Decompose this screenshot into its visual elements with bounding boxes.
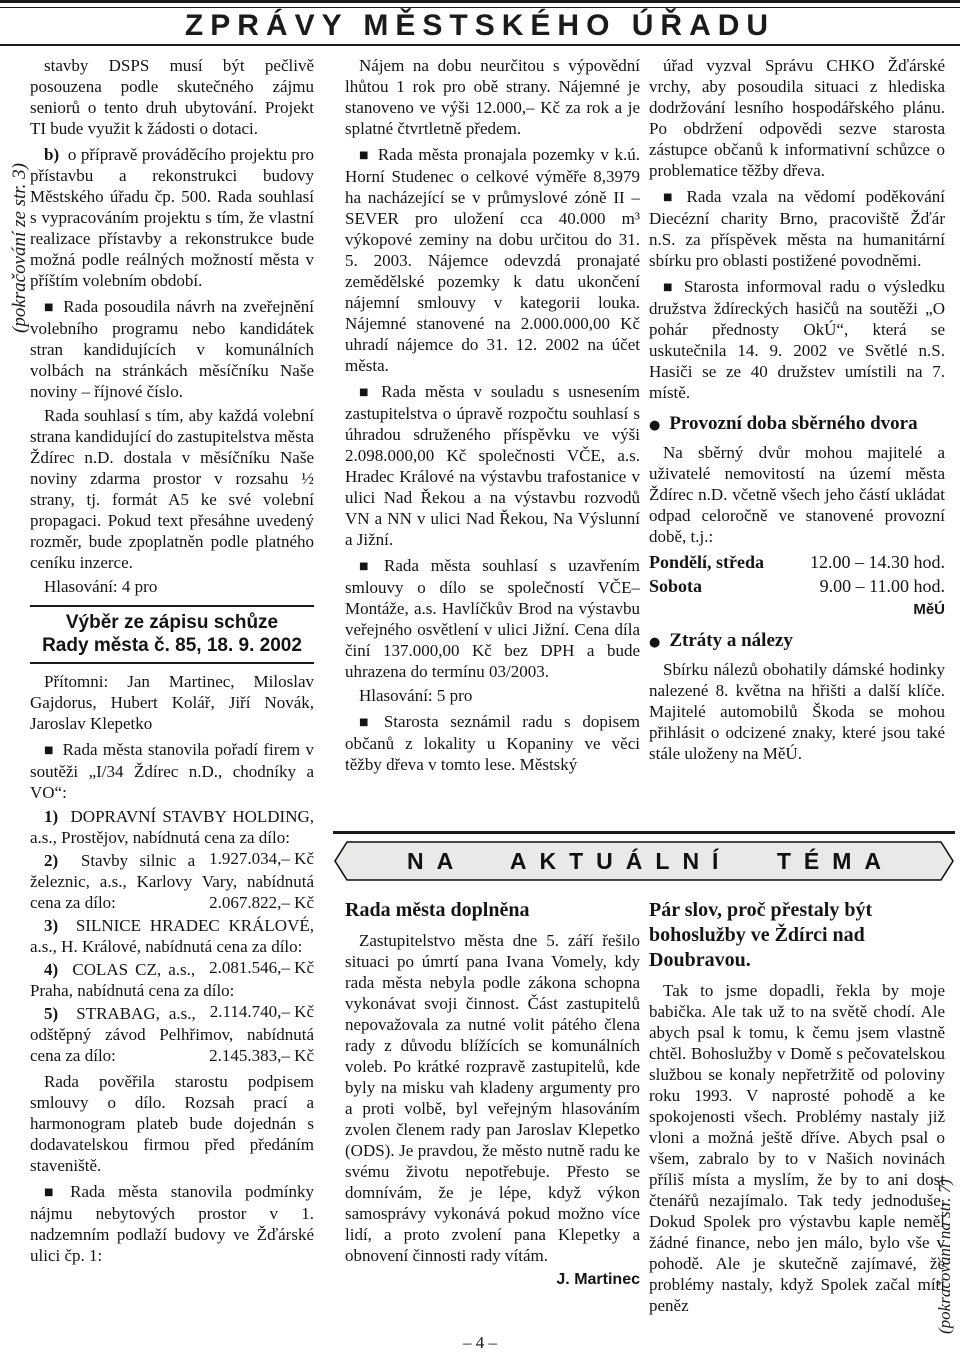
topic-banner: NA AKTUÁLNÍ TÉMA <box>333 841 955 881</box>
article-heading: Rada města doplněna <box>345 898 640 923</box>
paragraph: Sbírku nálezů obohatily dámské hodinky n… <box>649 659 945 764</box>
paragraph-text: Tak to jsme dopadli, řekla by moje babič… <box>649 981 945 1315</box>
paragraph-text: Na sběrný dvůr mohou majitelé a uživatel… <box>649 443 945 546</box>
item-number: 1) <box>44 807 58 826</box>
section-heading-line1: Výběr ze zápisu schůze <box>30 611 314 634</box>
attendees: Přítomni: Jan Martinec, Miloslav Gajdoru… <box>30 671 314 734</box>
square-bullet-icon: ■ <box>663 282 676 293</box>
notice-heading: ●Provozní doba sběrného dvora <box>649 412 945 437</box>
page-content: stavby DSPS musí být pečlivě posouzena p… <box>0 55 960 1361</box>
paragraph-text: Rada souhlasí s tím, aby každá volební s… <box>30 406 314 572</box>
paragraph-text: Rada města pronajala pozemky v k.ú. Horn… <box>345 145 640 375</box>
column-right-top: úřad vyzval Správu CHKO Žďárské vrchy, a… <box>649 55 945 827</box>
square-bullet-icon: ■ <box>359 150 370 161</box>
tender-item: 3) SILNICE HRADEC KRÁLOVÉ, a.s., H. Král… <box>30 915 314 957</box>
item-price: 1.927.034,– Kč <box>195 848 314 869</box>
opening-hours-row: Pondělí, středa 12.00 – 14.30 hod. <box>649 550 945 574</box>
banner-top-rule <box>333 831 955 834</box>
paragraph-text: Rada pověřila starostu podpisem smlouvy … <box>30 1072 314 1175</box>
notice-heading: ●Ztráty a nálezy <box>649 629 945 654</box>
item-price: 2.067.822,– Kč <box>195 892 314 913</box>
paragraph-text: Rada posoudila návrh na zveřejnění voleb… <box>30 297 314 401</box>
item-number: 5) <box>44 1004 58 1023</box>
item-number: 2) <box>44 851 58 870</box>
paragraph: úřad vyzval Správu CHKO Žďárské vrchy, a… <box>649 55 945 181</box>
paragraph-text: stavby DSPS musí být pečlivě posouzena p… <box>30 56 314 138</box>
paragraph-text: úřad vyzval Správu CHKO Žďárské vrchy, a… <box>649 56 945 180</box>
column-middle-top: Nájem na dobu neurčitou s výpovědní lhůt… <box>345 55 640 827</box>
article-heading: Pár slov, proč přestaly být bohoslužby v… <box>649 898 945 973</box>
paragraph: Rada pověřila starostu podpisem smlouvy … <box>30 1071 314 1176</box>
notice-heading-text: Ztráty a nálezy <box>669 630 792 651</box>
section-heading-line2: Rady města č. 85, 18. 9. 2002 <box>30 634 314 657</box>
header-rule-thick <box>0 0 960 3</box>
council-item: ■Rada města v souladu s usnesením zastup… <box>345 381 640 550</box>
hours-time: 12.00 – 14.30 hod. <box>810 550 945 574</box>
hours-day: Pondělí, středa <box>649 550 764 574</box>
page-title: ZPRÁVY MĚSTSKÉHO ÚŘADU <box>0 9 960 43</box>
council-item: ■Rada města stanovila podmínky nájmu neb… <box>30 1181 314 1266</box>
square-bullet-icon: ■ <box>359 561 376 572</box>
newspaper-page: ZPRÁVY MĚSTSKÉHO ÚŘADU (pokračování ze s… <box>0 0 960 1361</box>
square-bullet-icon: ■ <box>359 717 376 728</box>
article-body: Zastupitelstvo města dne 5. září řešilo … <box>345 930 640 1266</box>
paragraph: Nájem na dobu neurčitou s výpovědní lhůt… <box>345 55 640 139</box>
square-bullet-icon: ■ <box>359 387 373 398</box>
square-bullet-icon: ■ <box>663 192 679 203</box>
hours-time: 9.00 – 11.00 hod. <box>820 574 945 598</box>
header-rule-bottom <box>0 44 960 46</box>
item-text: SILNICE HRADEC KRÁLOVÉ, a.s., H. Králové… <box>30 916 314 956</box>
council-item: ■Rada města stanovila pořadí firem v sou… <box>30 739 314 803</box>
square-bullet-icon: ■ <box>44 745 55 756</box>
paragraph-text: Starosta informoval radu o výsledku druž… <box>649 277 945 402</box>
paragraph: stavby DSPS musí být pečlivě posouzena p… <box>30 55 314 139</box>
column-right-bottom: Pár slov, proč přestaly být bohoslužby v… <box>649 898 945 1348</box>
item-text: DOPRAVNÍ STAVBY HOLDING, a.s., Prostějov… <box>30 807 314 847</box>
column-left: stavby DSPS musí být pečlivě posouzena p… <box>30 55 314 1305</box>
paragraph-text: Starosta seznámil radu s dopisem občanů … <box>345 712 640 774</box>
paragraph-text: Přítomni: Jan Martinec, Miloslav Gajdoru… <box>30 672 314 733</box>
tender-item: 1) DOPRAVNÍ STAVBY HOLDING, a.s., Prostě… <box>30 806 314 848</box>
paragraph-text: Rada města stanovila pořadí firem v sout… <box>30 740 314 802</box>
paragraph-text: o přípravě prováděcího projektu pro přís… <box>30 145 314 290</box>
article-body: Tak to jsme dopadli, řekla by moje babič… <box>649 980 945 1316</box>
paragraph-text: Rada vzala na vědomí poděkování Diecézní… <box>649 187 945 270</box>
council-item: ■Rada posoudila návrh na zveřejnění vole… <box>30 296 314 402</box>
item-number: 4) <box>44 960 58 979</box>
page-number: – 4 – <box>0 1333 960 1353</box>
office-signature: MěÚ <box>649 600 945 620</box>
round-bullet-icon: ● <box>649 418 660 433</box>
section-heading: Výběr ze zápisu schůze Rady města č. 85,… <box>30 605 314 664</box>
hours-day: Sobota <box>649 574 702 598</box>
paragraph-text: Sbírku nálezů obohatily dámské hodinky n… <box>649 660 945 763</box>
paragraph-text: Zastupitelstvo města dne 5. září řešilo … <box>345 931 640 1265</box>
council-item: ■Starosta informoval radu o výsledku dru… <box>649 276 945 403</box>
vote-result: Hlasování: 5 pro <box>345 685 640 706</box>
notice-heading-text: Provozní doba sběrného dvora <box>669 413 917 434</box>
square-bullet-icon: ■ <box>44 1187 62 1198</box>
council-item: ■Starosta seznámil radu s dopisem občanů… <box>345 711 640 775</box>
paragraph: Rada souhlasí s tím, aby každá volební s… <box>30 405 314 573</box>
item-price: 2.145.383,– Kč <box>195 1045 314 1066</box>
paragraph: b) o přípravě prováděcího projektu pro p… <box>30 144 314 291</box>
paragraph-text: Rada města stanovila podmínky nájmu neby… <box>30 1182 314 1265</box>
banner-title: NA AKTUÁLNÍ TÉMA <box>333 841 955 881</box>
opening-hours-row: Sobota 9.00 – 11.00 hod. <box>649 574 945 598</box>
item-price: 2.081.546,– Kč <box>195 957 314 978</box>
round-bullet-icon: ● <box>649 635 660 650</box>
list-letter: b) <box>44 145 59 164</box>
council-item: ■Rada města souhlasí s uzavřením smlouvy… <box>345 555 640 682</box>
paragraph-text: Rada města souhlasí s uzavřením smlouvy … <box>345 556 640 681</box>
paragraph: Na sběrný dvůr mohou majitelé a uživatel… <box>649 442 945 547</box>
council-item: ■Rada města pronajala pozemky v k.ú. Hor… <box>345 144 640 376</box>
vote-result: Hlasování: 4 pro <box>30 576 314 597</box>
square-bullet-icon: ■ <box>44 302 55 313</box>
author-signature: J. Martinec <box>345 1269 640 1290</box>
header-rule-thin <box>0 7 960 8</box>
item-price: 2.114.740,– Kč <box>196 1001 314 1022</box>
item-number: 3) <box>44 916 58 935</box>
column-middle-bottom: Rada města doplněna Zastupitelstvo města… <box>345 898 640 1348</box>
council-item: ■Rada vzala na vědomí poděkování Diecézn… <box>649 186 945 271</box>
paragraph-text: Rada města v souladu s usnesením zastupi… <box>345 382 640 549</box>
paragraph-text: Nájem na dobu neurčitou s výpovědní lhůt… <box>345 56 640 138</box>
